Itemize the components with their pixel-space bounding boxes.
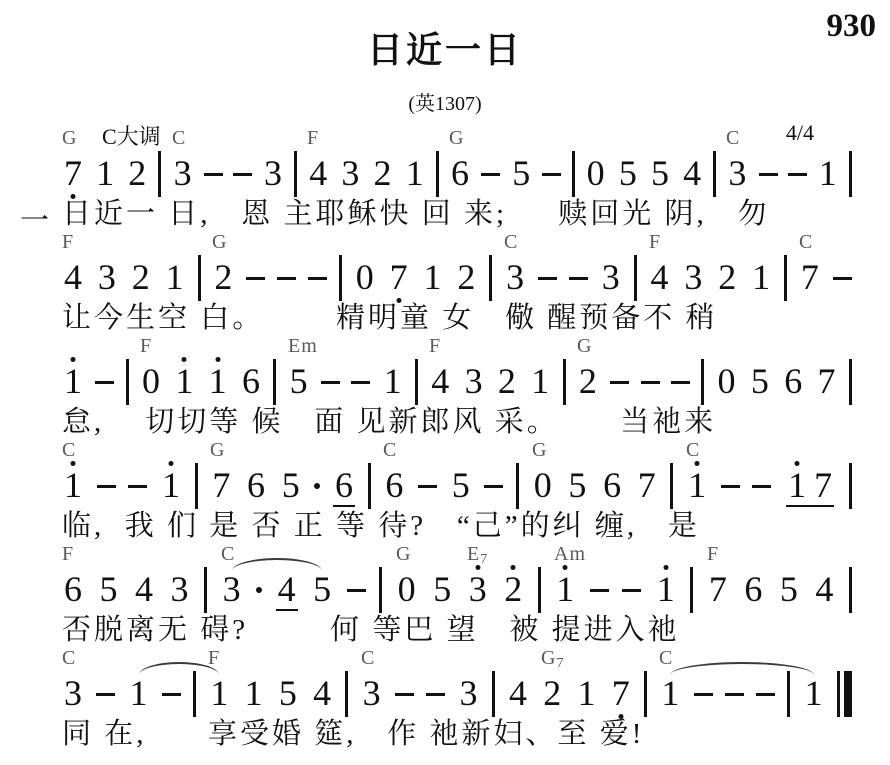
barline [784,255,787,301]
note-token: 5 [431,564,453,616]
chord-label: G [396,543,411,566]
note-token: 0 [354,252,376,304]
chord-label: C [659,647,673,670]
barline [195,463,198,509]
note-token: 6 [245,460,267,512]
note-token: 3 [361,668,383,720]
music-system: 65433450532117654否脱离无 碍? 何 等巴 望 被 提进入祂FC… [0,542,890,646]
note-token: 1 [803,668,825,720]
music-system: 1011651432120567怠, 切切等 候 面 见新郎风 采。 当祂来FE… [0,334,890,438]
note-token: 0 [140,356,162,408]
chord-row [0,542,890,566]
note-token: 1 [382,356,404,408]
barline [126,359,129,405]
barline [193,671,196,717]
chord-label: C [686,439,700,462]
note-token: 5 [311,564,333,616]
chord-label: C [221,543,235,566]
lyrics-line: 让今生空 白。 精明童 女 儆 醒预备不 稍 [62,302,890,334]
dash-token [538,277,557,280]
note-token: 4 [429,356,451,408]
dash-token [321,381,340,384]
chord-label: Em [288,335,318,358]
barline [273,359,276,405]
note-token: 0 [585,148,607,200]
note-token: 6 [62,564,84,616]
octave-dot-high [663,565,668,570]
dash-token [788,173,807,176]
lyrics-line: 同 在, 享受婚 筵, 作 祂新妇、至 爱! [62,718,890,750]
note-token: 1 [655,564,677,616]
dash-token [721,485,740,488]
barline [538,567,541,613]
barline [158,151,161,197]
octave-dot-high [71,357,76,362]
dash-token [95,381,114,384]
note-token: 5 [280,460,302,512]
note-token: 1 [529,356,551,408]
note-token: 2 [455,252,477,304]
note-token: 6 [240,356,262,408]
barline [849,463,852,509]
dash-token [756,693,775,696]
note-token: 2 [496,356,518,408]
note-token: 3 [172,148,194,200]
octave-dot-high [215,357,220,362]
lyrics-line: 临, 我 们 是 否 正 等 待? “己”的纠 缠, 是 [62,510,890,542]
note-token: 4 [307,148,329,200]
note-token: 7 [707,564,729,616]
dash-token [204,173,223,176]
note-token: 7 [610,668,632,720]
note-token: 2 [577,356,599,408]
note-token: 5 [288,356,310,408]
chord-label: E7 [467,543,488,568]
note-token: 7 [799,252,821,304]
note-token: 3 [262,148,284,200]
note-token: 2 [541,668,563,720]
barline [849,359,852,405]
music-system: 117656650567117临, 我 们 是 否 正 等 待? “己”的纠 缠… [0,438,890,542]
augmentation-dot [256,587,262,593]
dash-token [725,693,744,696]
note-token: 5 [749,356,771,408]
dash-token [395,693,414,696]
barline [644,671,647,717]
dash-token [590,589,609,592]
dash-token [671,381,690,384]
note-token: 3 [339,148,361,200]
dash-token [351,381,370,384]
note-token: 7 [388,252,410,304]
note-token: 2 [372,148,394,200]
note-token: 3 [96,252,118,304]
barline [294,151,297,197]
music-system: 31115433421711同 在, 享受婚 筵, 作 祂新妇、至 爱!CFCG… [0,646,890,750]
note-token: 5 [778,564,800,616]
note-token: 7 [636,460,658,512]
barline [787,671,790,717]
note-token: 4 [62,252,84,304]
note-token: 7 [210,460,232,512]
note-token: 4 [813,564,835,616]
note-token: 5 [510,148,532,200]
chord-label: F [707,543,719,566]
chord-label: G7 [541,647,564,672]
note-token: 6 [333,460,355,512]
chord-label: F [429,335,441,358]
note-token: 1 [128,668,150,720]
dash-token [418,485,437,488]
chord-label: C [172,127,186,150]
dash-token [542,173,561,176]
chord-label: C [726,127,740,150]
barline [713,151,716,197]
dash-token [96,693,115,696]
barline [204,567,207,613]
note-token: 6 [601,460,623,512]
barline [339,255,342,301]
chord-label: G [212,231,227,254]
systems: 71233432165055431日近一 日, 恩 主耶稣快 回 来; 赎回光 … [0,126,890,750]
chord-label: G [577,335,592,358]
note-group: 17 [784,460,836,512]
dash-token [481,173,500,176]
chord-row [0,438,890,462]
dash-token [233,173,252,176]
note-token: 0 [716,356,738,408]
header: 930 日近一日 (英1307) C大调 4/4 [0,0,890,126]
augmentation-dot [314,483,320,489]
octave-dot-high [511,565,516,570]
note-token: 7 [816,356,838,408]
note-token: 1 [243,668,265,720]
subtitle: (英1307) [0,87,890,116]
dash-token [97,485,116,488]
note-token: 2 [212,252,234,304]
note-token: 3 [169,564,191,616]
notes-line: 71233432165055431 [62,150,852,198]
barline [849,567,852,613]
barline [572,151,575,197]
notes-line: 31115433421711 [62,670,852,718]
notes-line: 117656650567117 [62,462,852,510]
chord-label: G [62,127,77,150]
note-token: 5 [277,668,299,720]
chord-row [0,334,890,358]
barline [563,359,566,405]
note-token: 1 [62,356,84,408]
note-token: 4 [133,564,155,616]
note-token: 3 [467,564,489,616]
music-system: 71233432165055431日近一 日, 恩 主耶稣快 回 来; 赎回光 … [0,126,890,230]
barline [516,463,519,509]
note-token: 1 [554,564,576,616]
dash-token [833,277,852,280]
note-token: 1 [659,668,681,720]
note-token: 1 [422,252,444,304]
barline [690,567,693,613]
note-token: 7 [62,148,84,200]
note-token: 1 [208,668,230,720]
chord-row [0,126,890,150]
note-token: 3 [504,252,526,304]
barline [849,151,852,197]
chord-label: C [504,231,518,254]
note-token: 4 [276,564,298,616]
barline [345,671,348,717]
note-token: 7 [810,460,836,512]
note-token: 6 [742,564,764,616]
chord-label: C [383,439,397,462]
dash-token [162,693,181,696]
note-token: 3 [221,564,243,616]
barline [489,255,492,301]
lyrics-line: 怠, 切切等 候 面 见新郎风 采。 当祂来 [62,406,890,438]
chord-label: C [361,647,375,670]
dash-token [426,693,445,696]
hymn-number: 930 [827,8,877,45]
note-token: 1 [817,148,839,200]
page-title: 日近一日 [0,0,890,73]
note-token: 1 [750,252,772,304]
dash-token [484,485,503,488]
notes-line: 1011651432120567 [62,358,852,406]
barline [368,463,371,509]
note-token: 3 [682,252,704,304]
dash-token [246,277,265,280]
dash-token [277,277,296,280]
note-token: 6 [449,148,471,200]
notes-line: 4321207123343217 [62,254,852,302]
lyrics-line: 否脱离无 碍? 何 等巴 望 被 提进入祂 [62,614,890,646]
note-token: 3 [457,668,479,720]
music-system: 4321207123343217让今生空 白。 精明童 女 儆 醒预备不 稍FG… [0,230,890,334]
chord-label: C [62,439,76,462]
note-token: 2 [126,148,148,200]
note-token: 6 [383,460,405,512]
note-token: 2 [502,564,524,616]
chord-row [0,230,890,254]
barline [492,671,495,717]
note-token: 3 [726,148,748,200]
barline [198,255,201,301]
final-barline [837,671,852,717]
note-token: 0 [396,564,418,616]
note-token: 0 [532,460,554,512]
note-token: 4 [507,668,529,720]
note-token: 1 [62,460,84,512]
octave-dot-high [169,461,174,466]
note-token: 5 [617,148,639,200]
chord-label: F [649,231,661,254]
note-token: 5 [450,460,472,512]
chord-label: C [62,647,76,670]
note-token: 5 [649,148,671,200]
dash-token [569,277,588,280]
dash-token [759,173,778,176]
chord-label: G [210,439,225,462]
note-token: 1 [173,356,195,408]
chord-label: C [799,231,813,254]
note-token: 1 [160,460,182,512]
barline [701,359,704,405]
barline [415,359,418,405]
octave-dot-high [795,461,800,466]
chord-label: F [140,335,152,358]
barline [634,255,637,301]
note-token: 4 [311,668,333,720]
note-token: 3 [600,252,622,304]
note-token: 2 [716,252,738,304]
notes-line: 65433450532117654 [62,566,852,614]
octave-dot-high [182,357,187,362]
chord-label: G [532,439,547,462]
note-token: 1 [576,668,598,720]
note-token: 1 [686,460,708,512]
note-token: 4 [649,252,671,304]
dash-token [752,485,771,488]
note-token: 4 [681,148,703,200]
barline [379,567,382,613]
note-token: 1 [94,148,116,200]
dash-token [622,589,641,592]
note-token: 6 [782,356,804,408]
note-token: 3 [463,356,485,408]
note-token: 5 [98,564,120,616]
note-token: 5 [566,460,588,512]
note-token: 3 [62,668,84,720]
dash-token [610,381,629,384]
dash-token [128,485,147,488]
barline [670,463,673,509]
lyrics-line: 日近一 日, 恩 主耶稣快 回 来; 赎回光 阴, 勿 [62,198,890,230]
dash-token [308,277,327,280]
note-token: 1 [207,356,229,408]
dash-token [641,381,660,384]
dash-token [347,589,366,592]
chord-label: G [449,127,464,150]
note-token: 1 [164,252,186,304]
note-token: 1 [404,148,426,200]
note-token: 1 [784,460,810,512]
chord-label: Am [554,543,586,566]
note-token: 2 [130,252,152,304]
chord-label: F [307,127,319,150]
chord-label: F [62,543,74,566]
chord-label: F [62,231,74,254]
dash-token [694,693,713,696]
barline [436,151,439,197]
